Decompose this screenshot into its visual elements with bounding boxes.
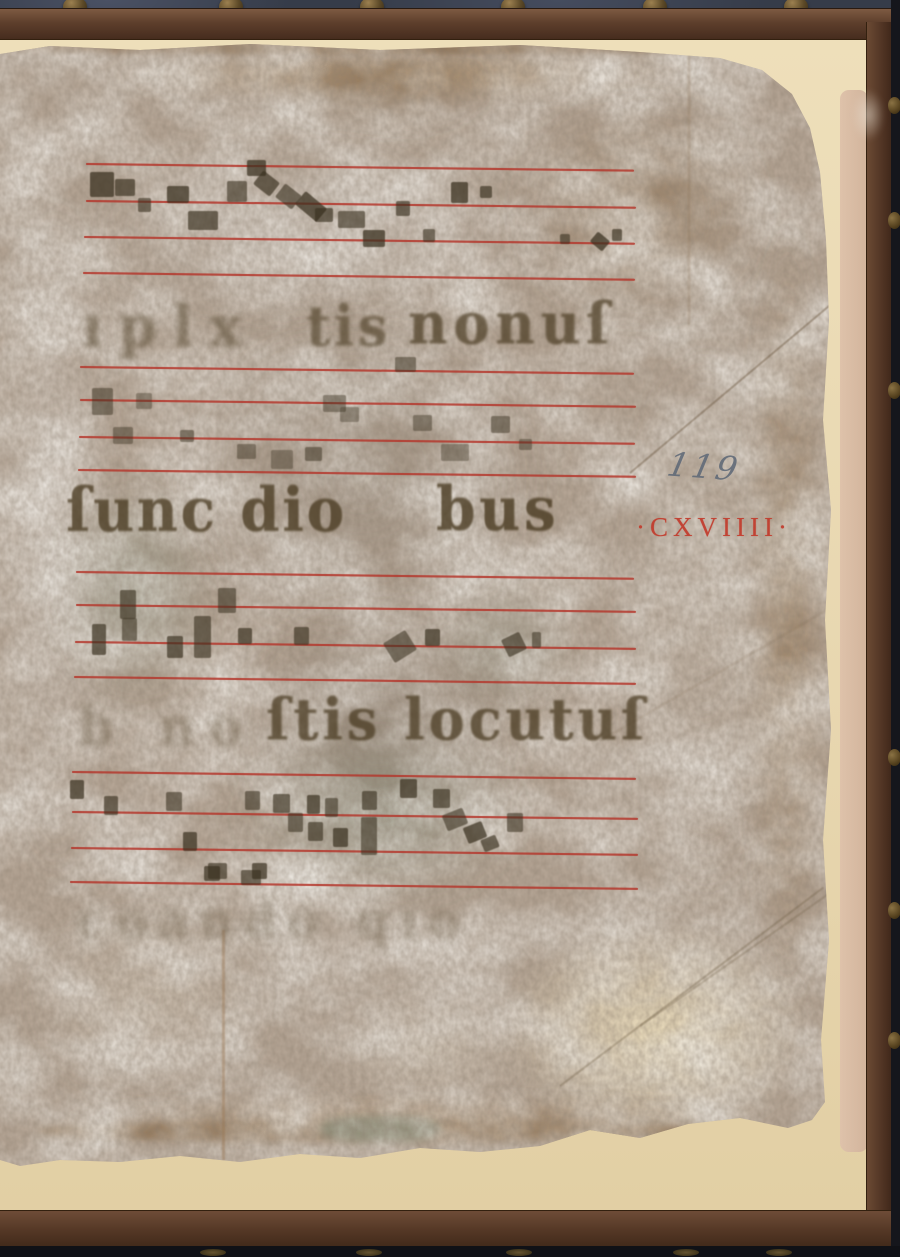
neume-note — [423, 229, 435, 242]
neume-note — [204, 866, 220, 881]
neume-note — [532, 632, 541, 648]
stud-glint — [506, 1249, 532, 1256]
lyric-word: coando qıo — [76, 895, 469, 947]
neume-note — [218, 588, 236, 613]
neume-note — [245, 791, 260, 810]
neume-note — [138, 198, 151, 212]
neume-note — [70, 780, 84, 799]
neume-note — [612, 229, 622, 241]
neume-note — [396, 201, 410, 216]
staff-line — [72, 811, 638, 820]
bottom-edge-gap — [0, 1246, 900, 1257]
folio-number-roman: ·CXVIIII· — [636, 512, 792, 543]
neume-note — [92, 388, 113, 415]
staff-line — [76, 571, 634, 580]
stud-glint — [200, 1249, 226, 1256]
neume-note — [383, 630, 417, 663]
neume-note — [451, 182, 468, 203]
neume-note — [167, 636, 183, 658]
neume-note — [92, 624, 106, 655]
neume-note — [338, 211, 365, 228]
staff-line — [72, 771, 636, 780]
neume-note — [507, 813, 523, 832]
neume-note — [501, 632, 527, 658]
lyric-word: ſunc dio — [66, 480, 347, 540]
staff-line — [76, 604, 636, 613]
binding-knob — [888, 382, 900, 399]
neume-note — [315, 208, 333, 222]
neume-note — [413, 415, 432, 431]
neume-note — [590, 231, 611, 251]
neume-note — [307, 795, 320, 814]
neume-note — [288, 813, 303, 832]
lyric-word: bus — [436, 479, 559, 539]
lyric-word: nonuſ — [408, 294, 615, 352]
frame-right — [866, 22, 894, 1254]
neume-note — [188, 211, 218, 230]
lyric-word: tis — [306, 299, 391, 355]
lyric-word: ſtis locutuſ — [266, 690, 648, 748]
neume-note — [325, 798, 338, 817]
staff-line — [79, 436, 635, 445]
staff-line — [75, 641, 636, 650]
staff-line — [71, 847, 638, 856]
binding-knob — [888, 902, 900, 919]
binding-knob — [888, 97, 900, 114]
neume-note — [194, 616, 211, 658]
neume-note — [560, 234, 570, 244]
neume-note — [90, 172, 114, 197]
neume-note — [362, 791, 377, 810]
neume-note — [180, 430, 194, 442]
lyric-word: ıplx — [82, 297, 257, 355]
neume-note — [166, 792, 182, 811]
staff-line — [70, 881, 638, 890]
binding-knob — [888, 1032, 900, 1049]
neume-note — [333, 828, 348, 847]
neume-note — [120, 590, 136, 619]
neume-note — [441, 444, 469, 461]
neume-note — [400, 779, 417, 798]
neume-note — [227, 181, 247, 202]
lyric-word: b no — [78, 700, 256, 754]
binding-knob — [888, 212, 900, 229]
neume-note — [491, 416, 510, 433]
frame-top — [0, 8, 900, 40]
stud-glint — [356, 1249, 382, 1256]
frame-corner-highlight — [846, 80, 890, 150]
stud-glint — [766, 1249, 792, 1256]
folio-number-pencil: 119 — [664, 445, 744, 489]
neume-note — [104, 796, 118, 815]
neume-note — [271, 450, 293, 469]
manuscript-photo: ıplxtisnonuſſunc diobusb noſtis locutuſc… — [0, 0, 900, 1257]
neume-note — [395, 357, 416, 372]
neume-note — [237, 444, 256, 459]
neume-note — [183, 832, 197, 851]
neume-note — [113, 427, 133, 444]
neume-note — [167, 186, 189, 203]
neume-note — [136, 393, 152, 409]
frame-bottom — [0, 1210, 900, 1249]
neume-note — [480, 186, 492, 198]
neume-note — [363, 230, 385, 247]
staff-line — [86, 163, 634, 172]
page-content: ıplxtisnonuſſunc diobusb noſtis locutuſc… — [0, 0, 900, 1257]
neume-note — [115, 179, 135, 196]
right-edge-gap — [891, 0, 900, 1257]
neume-note — [340, 407, 359, 422]
binding-knob — [888, 749, 900, 766]
neume-note — [238, 628, 252, 644]
staff-line — [80, 366, 634, 375]
neume-note — [241, 870, 261, 885]
stud-glint — [673, 1249, 699, 1256]
neume-note — [273, 794, 290, 813]
neume-note — [361, 817, 377, 855]
staff-line — [83, 272, 635, 281]
neume-note — [294, 627, 309, 645]
neume-note — [305, 447, 322, 461]
neume-note — [308, 822, 323, 841]
neume-note — [122, 618, 137, 641]
staff-line — [84, 236, 635, 245]
neume-note — [425, 629, 440, 646]
neume-note — [519, 439, 532, 450]
neume-note — [433, 789, 450, 808]
